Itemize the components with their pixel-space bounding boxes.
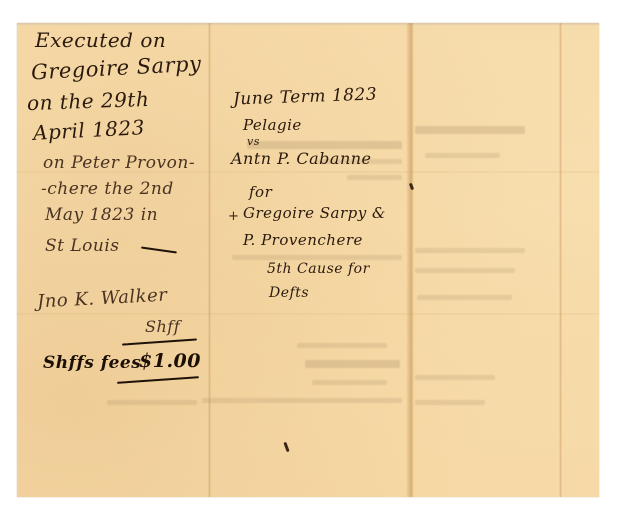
- court-term: June Term 1823: [233, 84, 378, 109]
- flourish: [141, 247, 177, 253]
- cross-mark: +: [228, 209, 239, 224]
- cause-number: 5th Cause for: [267, 261, 370, 277]
- fold-crease: [17, 313, 599, 315]
- underline: [122, 338, 197, 345]
- bleed-through-print: [202, 398, 402, 403]
- defendants-label: Defts: [269, 285, 309, 301]
- return-line-5: on Peter Provon-: [43, 153, 195, 173]
- bleed-through-print: [232, 255, 402, 260]
- bleed-through-print: [297, 343, 387, 348]
- defendant-name: Antn P. Cabanne: [231, 149, 372, 168]
- bleed-through-print: [417, 295, 512, 300]
- sheriff-signature: Jno K. Walker: [37, 285, 168, 313]
- bleed-through-print: [415, 126, 525, 134]
- fee-amount: $1.00: [139, 350, 201, 372]
- return-location-line: St Louis: [45, 236, 120, 256]
- bleed-through-print: [107, 400, 197, 405]
- attorney-line-1: Gregoire Sarpy &: [243, 204, 386, 222]
- return-line-7: May 1823 in: [45, 205, 158, 225]
- sheriff-title: Shff: [145, 317, 180, 336]
- return-line-6: -chere the 2nd: [41, 179, 174, 199]
- fold-line: [208, 23, 211, 497]
- paper-edge: [17, 23, 599, 26]
- document-paper: Executed on Gregoire Sarpy on the 29th A…: [17, 23, 599, 497]
- return-line-1: Executed on: [35, 28, 166, 52]
- attorney-line-2: P. Provenchere: [243, 231, 363, 249]
- defendant-name-line: Gregoire Sarpy: [30, 52, 201, 85]
- bleed-through-print: [312, 380, 387, 385]
- underline: [117, 376, 199, 384]
- return-date-line-2: April 1823: [32, 115, 145, 145]
- bleed-through-print: [305, 360, 400, 368]
- bleed-through-print: [415, 375, 495, 380]
- fee-label: Shffs fees: [43, 353, 141, 373]
- return-date-line-1: on the 29th: [27, 87, 150, 115]
- plaintiff-name: Pelagie: [243, 116, 302, 134]
- bleed-through-print: [425, 153, 500, 158]
- fold-line: [406, 23, 414, 497]
- for-label: for: [249, 183, 272, 201]
- ink-mark: [283, 442, 289, 452]
- versus: vs: [247, 135, 260, 148]
- bleed-through-print: [415, 268, 515, 273]
- bleed-through-print: [415, 248, 525, 253]
- bleed-through-print: [415, 400, 485, 405]
- fold-line: [559, 23, 562, 497]
- bleed-through-print: [247, 141, 402, 149]
- bleed-through-print: [347, 175, 402, 180]
